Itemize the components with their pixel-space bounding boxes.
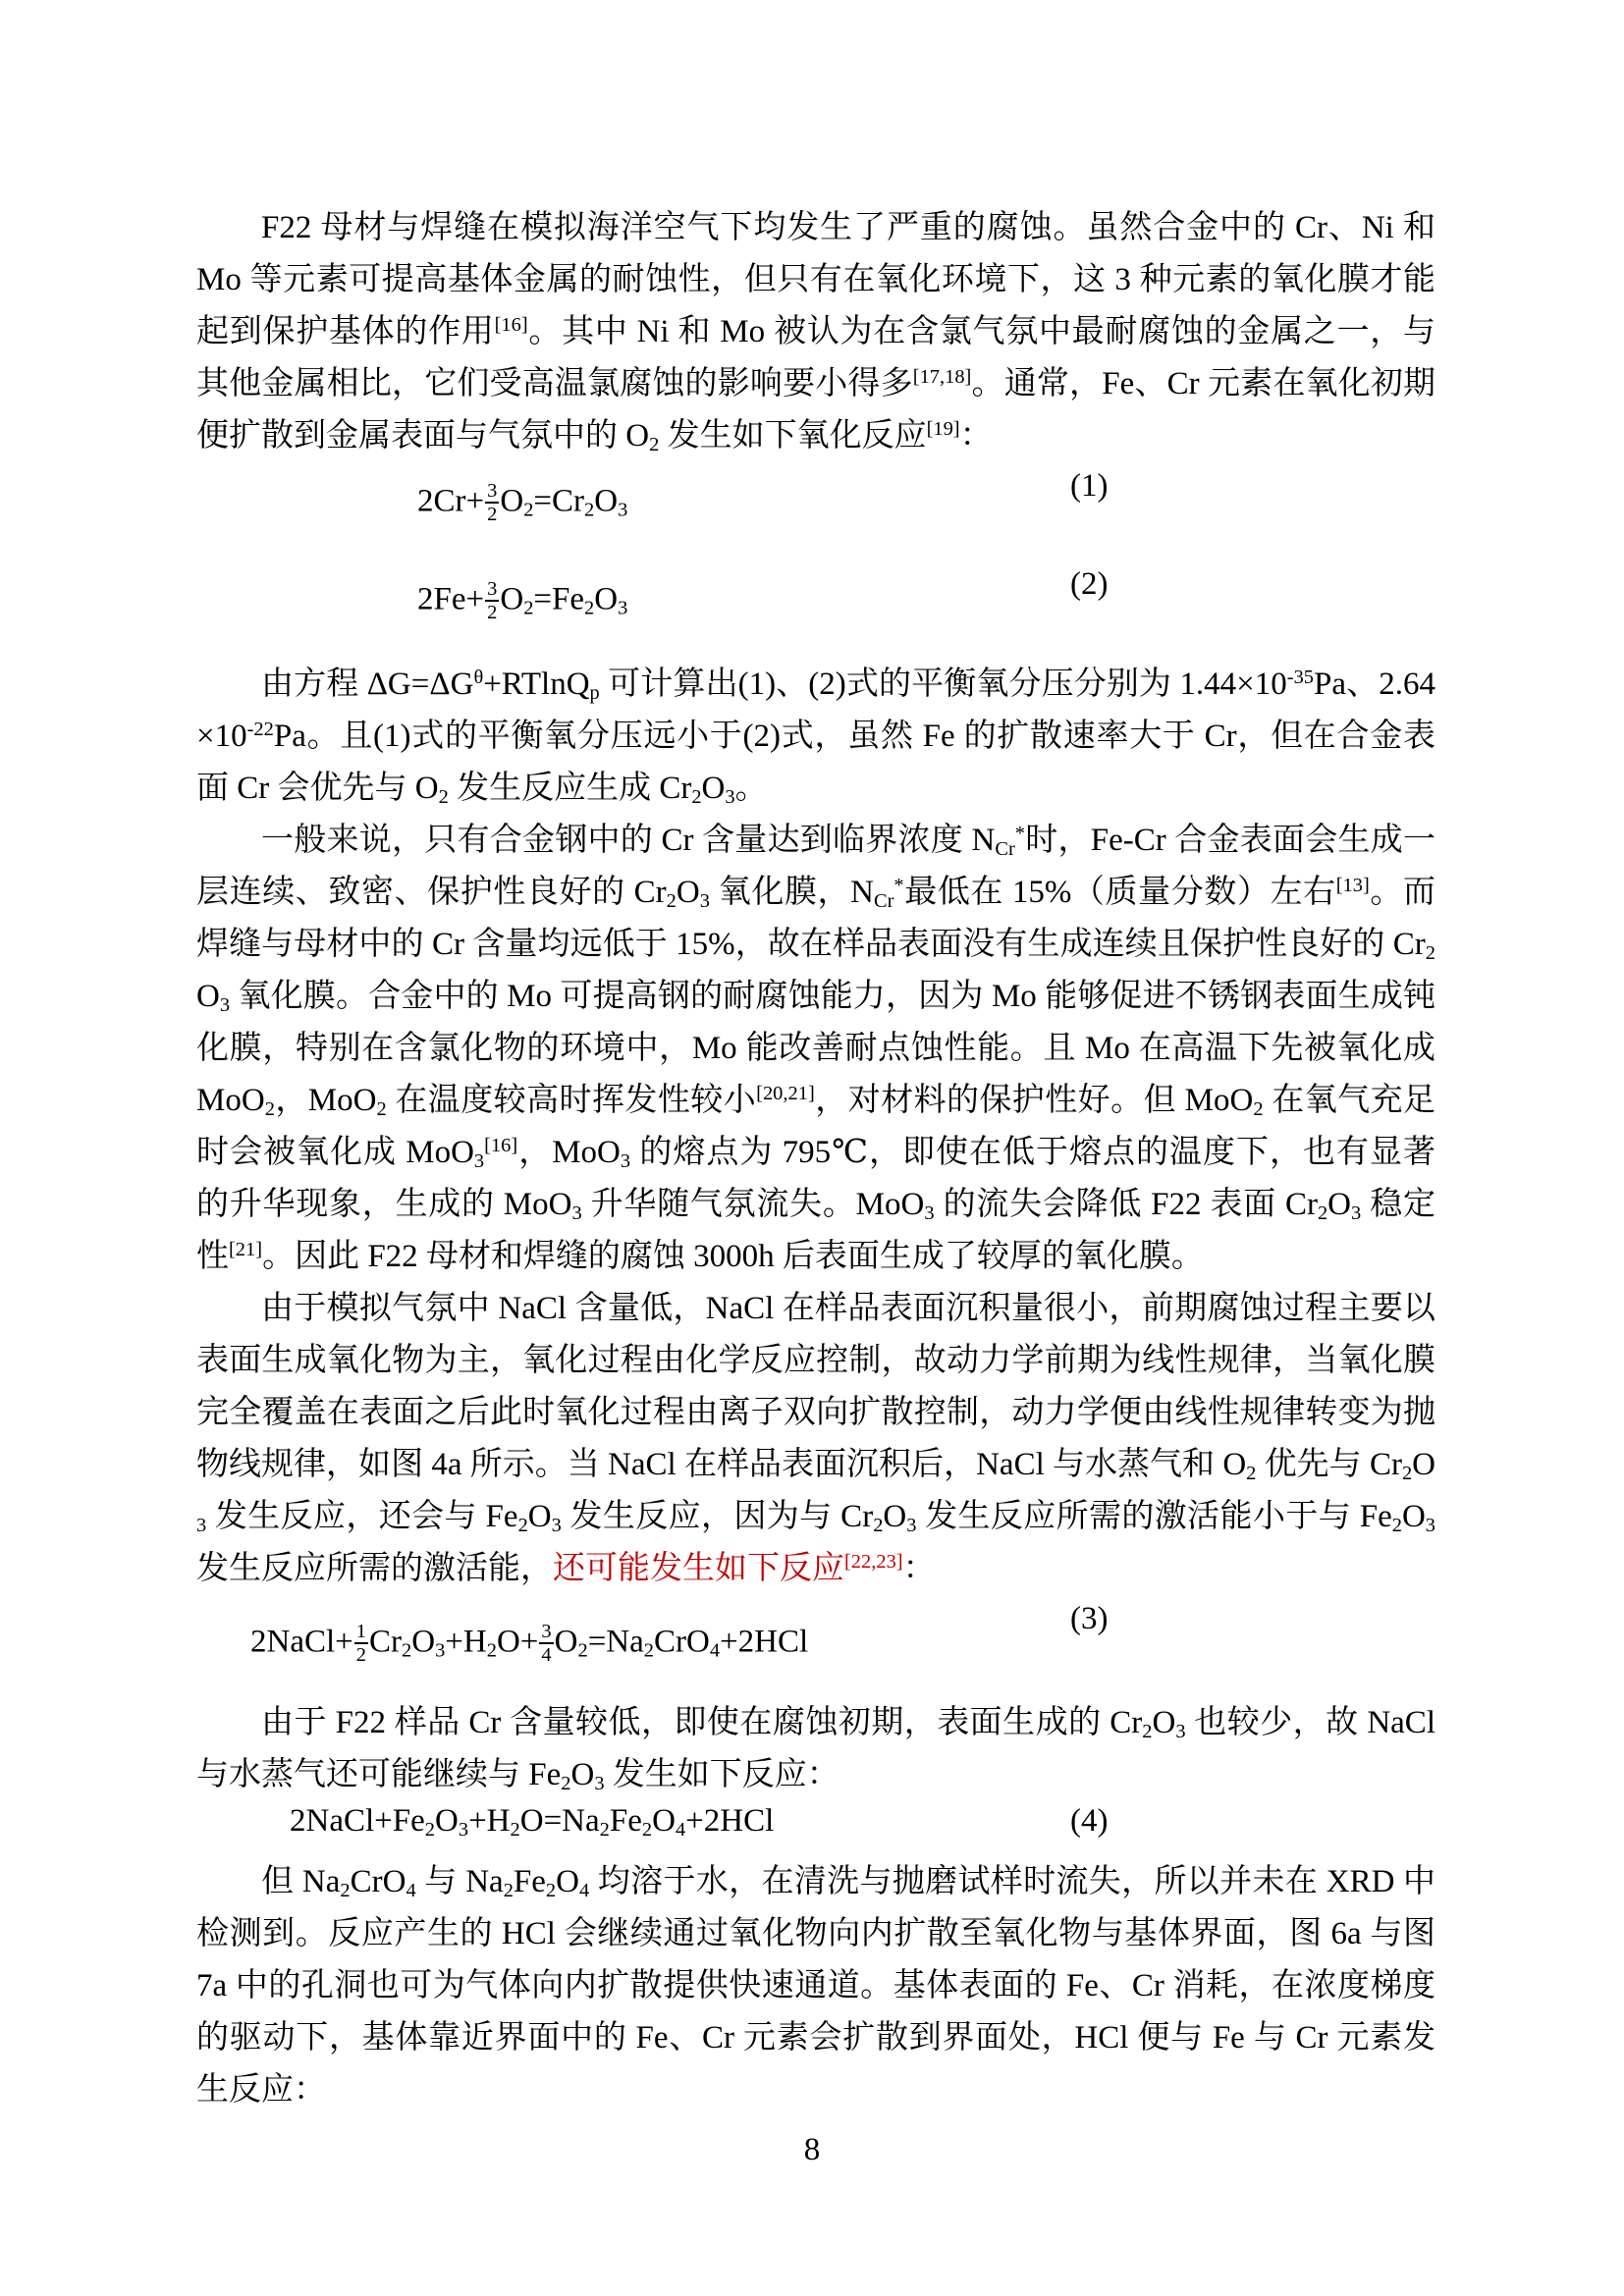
equation-body: 2Cr+32O2=Cr2O3: [417, 480, 627, 526]
superscript-text: θ: [473, 667, 483, 688]
body-text: ，MoO: [517, 1135, 621, 1170]
equation-number: (2): [1070, 566, 1108, 603]
equation-body: 2NaCl+Fe2O3+H2O=Na2Fe2O4+2HCl: [290, 1803, 774, 1840]
body-text: O: [500, 483, 523, 518]
subscript-text: 2: [577, 1639, 587, 1661]
body-text: Fe: [610, 1803, 642, 1839]
body-text: Fe: [514, 1864, 546, 1899]
superscript-text: [20,21]: [756, 1083, 815, 1104]
fraction: 34: [539, 1621, 553, 1667]
body-text: O: [1152, 1705, 1175, 1740]
subscript-text: 2: [265, 1098, 275, 1120]
body-text: O: [594, 581, 618, 616]
subscript-text: 2: [340, 1880, 350, 1901]
body-text: 发生如下反应：: [605, 1757, 839, 1792]
fraction: 32: [485, 578, 499, 624]
subscript-text: 2: [518, 1515, 528, 1536]
subscript-text: 2: [1253, 1098, 1263, 1120]
body-text: 优先与 Cr: [1256, 1447, 1402, 1482]
body-text: O: [411, 1624, 435, 1659]
subscript-text: 4: [710, 1639, 720, 1661]
subscript-text: 2: [600, 1819, 610, 1841]
subscript-text: 3: [220, 994, 230, 1016]
body-text: 发生反应所需的激活能，: [196, 1551, 553, 1586]
body-text: O: [555, 1624, 578, 1659]
body-text: O: [652, 1803, 676, 1839]
subscript-text: 2: [691, 786, 701, 808]
subscript-text: 2: [511, 1819, 520, 1841]
subscript-text: 2: [644, 1639, 654, 1661]
subscript-text: 2: [1142, 1721, 1152, 1742]
subscript-text: p: [590, 682, 600, 704]
body-text: 发生反应，还会与 Fe: [206, 1499, 517, 1534]
subscript-text: 3: [618, 499, 627, 520]
subscript-text: 3: [459, 1819, 468, 1841]
body-text: CrO: [654, 1624, 710, 1659]
subscript-text: 2: [1426, 942, 1435, 964]
para-2: 由方程 ΔG=ΔGθ+RTlnQp 可计算出(1)、(2)式的平衡氧分压分别为 …: [196, 659, 1435, 815]
subscript-text: 3: [196, 1515, 206, 1536]
body-text: 一般来说，只有合金钢中的 Cr 含量达到临界浓度 N: [261, 823, 995, 858]
subscript-text: 2: [487, 1639, 497, 1661]
fraction: 12: [354, 1621, 368, 1667]
body-text: O+: [497, 1624, 538, 1659]
body-text: =Cr: [533, 483, 584, 518]
body-text: 均溶于水，在清洗与抛磨试样时流失，所以并未在 XRD 中检测到。反应产生的 HC…: [196, 1864, 1435, 2108]
subscript-text: Cr: [874, 890, 893, 912]
body-text: ，MoO: [275, 1083, 377, 1118]
body-text: Cr: [369, 1624, 402, 1659]
equation-number: (4): [1070, 1803, 1108, 1840]
subscript-text: 2: [402, 1639, 411, 1661]
superscript-text: *: [893, 875, 903, 896]
superscript-text: [13]: [1336, 875, 1370, 896]
emphasis-text: 还可能发生如下反应: [553, 1551, 844, 1586]
subscript-text: 2: [376, 1098, 386, 1120]
body-text: ，对材料的保护性好。但 MoO: [815, 1083, 1254, 1118]
body-text: +RTlnQ: [483, 667, 589, 702]
subscript-text: 2: [504, 1880, 514, 1901]
body-text: ：: [903, 1551, 936, 1586]
superscript-text: -22: [247, 719, 274, 740]
subscript-text: 2: [1402, 1463, 1412, 1484]
subscript-text: 3: [571, 1202, 581, 1224]
subscript-text: 2: [425, 1819, 435, 1841]
body-text: O: [594, 483, 618, 518]
body-text: 。因此 F22 母材和焊缝的腐蚀 3000h 后表面生成了较厚的氧化膜。: [262, 1239, 1204, 1274]
subscript-text: 2: [523, 597, 533, 618]
equation-2: 2Fe+32O2=Fe2O3(2): [196, 561, 1435, 659]
body-text: CrO: [351, 1864, 406, 1899]
para-4: 由于模拟气氛中 NaCl 含量低，NaCl 在样品表面沉积量很小，前期腐蚀过程主…: [196, 1283, 1435, 1595]
body-text: 由于模拟气氛中 NaCl 含量低，NaCl 在样品表面沉积量很小，前期腐蚀过程主…: [196, 1291, 1435, 1482]
subscript-text: 3: [552, 1515, 562, 1536]
body-text: 由于 F22 样品 Cr 含量较低，即使在腐蚀初期，表面生成的 Cr: [261, 1705, 1142, 1740]
subscript-text: 2: [439, 786, 449, 808]
subscript-text: 2: [1392, 1515, 1402, 1536]
superscript-text: [19]: [927, 418, 960, 440]
subscript-text: 4: [406, 1880, 415, 1901]
subscript-text: 3: [618, 597, 627, 618]
body-text: 发生如下氧化反应: [659, 418, 926, 454]
body-text: 发生反应，因为与 Cr: [562, 1499, 873, 1534]
body-text: 与 Na: [416, 1864, 504, 1899]
subscript-text: 4: [579, 1880, 589, 1901]
superscript-text: [16]: [484, 1135, 517, 1156]
subscript-text: 3: [474, 1150, 484, 1172]
body-text: O=Na: [520, 1803, 600, 1839]
subscript-text: 3: [700, 890, 710, 912]
subscript-text: 2: [667, 890, 677, 912]
body-text: O: [196, 979, 220, 1014]
subscript-text: 2: [1246, 1463, 1256, 1484]
equation-body: 2NaCl+12Cr2O3+H2O+34O2=Na2CrO4+2HCl: [250, 1621, 808, 1667]
subscript-text: 2: [584, 499, 594, 520]
para-3: 一般来说，只有合金钢中的 Cr 含量达到临界浓度 NCr*时，Fe-Cr 合金表…: [196, 815, 1435, 1283]
body-text: 由方程 ΔG=ΔG: [261, 667, 473, 702]
subscript-text: 3: [594, 1773, 604, 1794]
subscript-text: 3: [725, 786, 734, 808]
equation-number: (1): [1070, 468, 1108, 505]
body-text: +2HCl: [720, 1624, 808, 1659]
equation-1: 2Cr+32O2=Cr2O3(1): [196, 462, 1435, 561]
body-text: 升华随气氛流失。MoO: [582, 1187, 925, 1222]
body-text: 2Fe+: [417, 581, 484, 616]
body-text: 的流失会降低 F22 表面 Cr: [935, 1187, 1318, 1222]
body-text: 最低在 15%（质量分数）左右: [904, 875, 1336, 910]
body-text: O: [702, 771, 726, 806]
body-text: 但 Na: [261, 1864, 340, 1899]
body-text: 可计算出(1)、(2)式的平衡氧分压分别为 1.44×10: [600, 667, 1287, 702]
subscript-text: 3: [906, 1515, 916, 1536]
subscript-text: 2: [584, 597, 594, 618]
equation-number: (3): [1070, 1601, 1108, 1637]
body-text: O: [1412, 1447, 1435, 1482]
superscript-text: [17,18]: [913, 366, 972, 388]
body-text: 。: [735, 771, 768, 806]
body-text: +H: [468, 1803, 510, 1839]
subscript-text: 3: [1426, 1515, 1435, 1536]
subscript-text: 2: [642, 1819, 652, 1841]
body-text: =Fe: [533, 581, 584, 616]
subscript-text: 3: [621, 1150, 630, 1172]
subscript-text: 3: [924, 1202, 934, 1224]
subscript-text: 2: [1318, 1202, 1327, 1224]
body-text: ：: [960, 418, 993, 454]
superscript-text: -35: [1287, 667, 1314, 688]
body-text: O: [1327, 1187, 1351, 1222]
body-text: +H: [445, 1624, 486, 1659]
para-5: 由于 F22 样品 Cr 含量较低，即使在腐蚀初期，表面生成的 Cr2O3 也较…: [196, 1697, 1435, 1801]
body-text: O: [500, 581, 523, 616]
equation-4: 2NaCl+Fe2O3+H2O=Na2Fe2O4+2HCl(4): [196, 1801, 1435, 1856]
subscript-text: 3: [1175, 1721, 1185, 1742]
body-text: 2Cr+: [417, 483, 484, 518]
para-6: 但 Na2CrO4 与 Na2Fe2O4 均溶于水，在清洗与抛磨试样时流失，所以…: [196, 1856, 1435, 2116]
superscript-text: [21]: [229, 1239, 262, 1260]
body-text: =Na: [588, 1624, 644, 1659]
superscript-text: [22,23]: [844, 1551, 903, 1573]
body-text: 在温度较高时挥发性较小: [387, 1083, 756, 1118]
body-text: 氧化膜，N: [710, 875, 874, 910]
body-text: 2NaCl+Fe: [290, 1803, 425, 1839]
body-text: 2NaCl+: [250, 1624, 353, 1659]
body-text: +2HCl: [685, 1803, 774, 1839]
page-number: 8: [0, 2132, 1624, 2168]
body-text: O: [556, 1864, 579, 1899]
equation-body: 2Fe+32O2=Fe2O3: [417, 578, 627, 624]
subscript-text: 2: [546, 1880, 556, 1901]
body-text: O: [528, 1499, 552, 1534]
body-text: 发生反应生成 Cr: [449, 771, 692, 806]
para-1: F22 母材与焊缝在模拟海洋空气下均发生了严重的腐蚀。虽然合金中的 Cr、Ni …: [196, 202, 1435, 462]
subscript-text: Cr: [995, 838, 1014, 860]
equation-3: 2NaCl+12Cr2O3+H2O+34O2=Na2CrO4+2HCl(3): [196, 1595, 1435, 1697]
body-text: O: [570, 1757, 594, 1792]
body-text: O: [435, 1803, 459, 1839]
subscript-text: 4: [676, 1819, 685, 1841]
body-text: O: [677, 875, 700, 910]
body-text: 发生反应所需的激活能小于与 Fe: [916, 1499, 1391, 1534]
superscript-text: *: [1015, 823, 1025, 844]
body-text: Pa。且(1)式的平衡氧分压远小于(2)式，虽然 Fe 的扩散速率大于 Cr，但…: [196, 719, 1435, 806]
subscript-text: 3: [435, 1639, 445, 1661]
document-content: F22 母材与焊缝在模拟海洋空气下均发生了严重的腐蚀。虽然合金中的 Cr、Ni …: [196, 202, 1435, 2116]
subscript-text: 2: [561, 1773, 570, 1794]
body-text: O: [1402, 1499, 1426, 1534]
subscript-text: 3: [1351, 1202, 1361, 1224]
document-page: F22 母材与焊缝在模拟海洋空气下均发生了严重的腐蚀。虽然合金中的 Cr、Ni …: [0, 0, 1624, 2296]
body-text: O: [883, 1499, 906, 1534]
fraction: 32: [485, 480, 499, 526]
subscript-text: 2: [523, 499, 533, 520]
subscript-text: 2: [649, 434, 659, 455]
subscript-text: 2: [873, 1515, 883, 1536]
superscript-text: [16]: [495, 314, 528, 336]
